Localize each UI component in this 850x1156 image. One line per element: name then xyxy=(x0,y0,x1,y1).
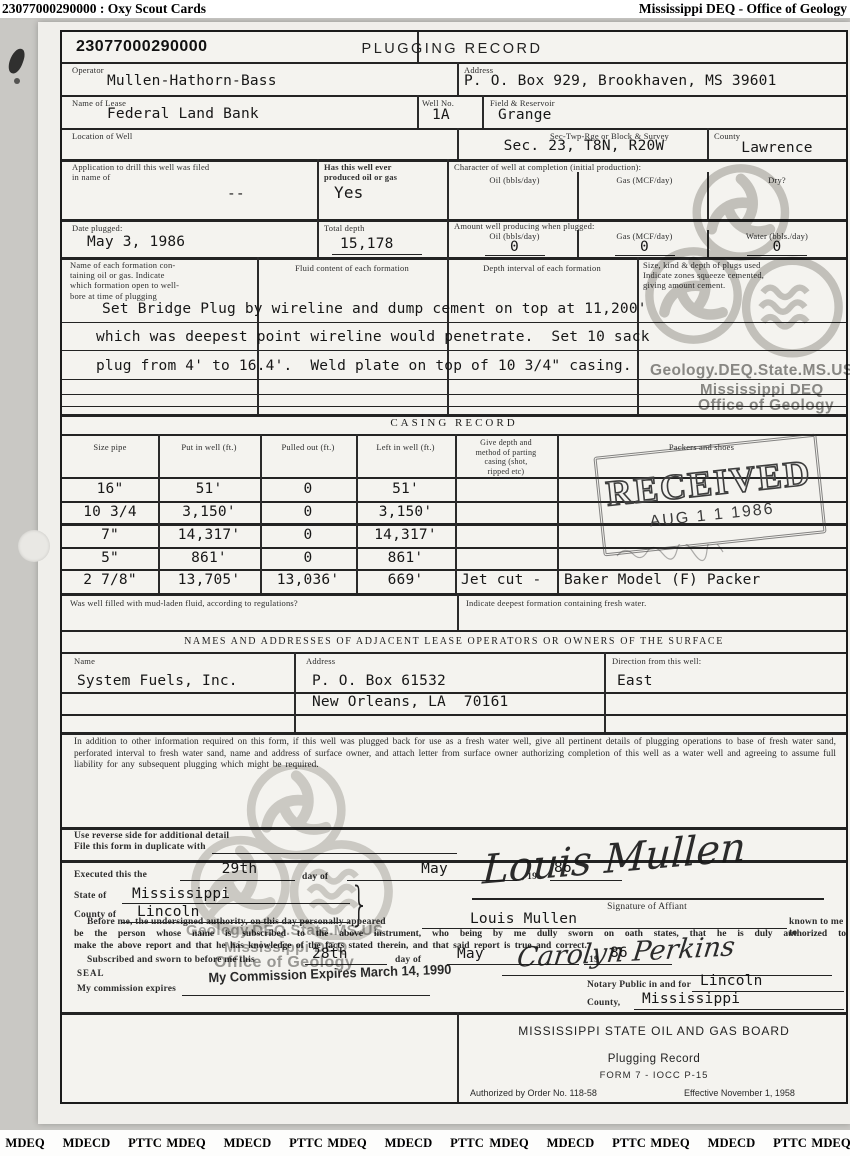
reverse-note-line2: File this form in duplicate with xyxy=(74,842,206,853)
executed-day: 29th xyxy=(187,862,292,878)
adjacent-name-value: System Fuels, Inc. xyxy=(77,674,238,690)
plugging-record-form: 23077000290000 PLUGGING RECORD Operator … xyxy=(60,30,848,1104)
character-label: Character of well at completion (initial… xyxy=(454,162,846,172)
plugging-note-line3: plug from 4' to 16.4'. Weld plate on top… xyxy=(96,359,632,375)
watermark-url: Geology.DEQ.State.MS.US xyxy=(650,362,850,380)
scanned-plugging-record-page: 23077000290000 : Oxy Scout Cards Mississ… xyxy=(0,0,850,1156)
character-dry-label: Dry? xyxy=(712,175,842,185)
board-title: MISSISSIPPI STATE OIL AND GAS BOARD xyxy=(462,1024,846,1038)
rule-line xyxy=(62,732,846,735)
casing-packers: Baker Model (F) Packer xyxy=(564,573,760,589)
county-label: County xyxy=(714,131,740,141)
divider-line xyxy=(577,230,579,257)
underline xyxy=(332,254,422,255)
subscribed-month: May xyxy=(457,947,484,963)
casing-size: 16" xyxy=(62,482,158,498)
divider-line xyxy=(317,159,319,219)
viewer-header-bar: 23077000290000 : Oxy Scout Cards Mississ… xyxy=(0,0,850,18)
rule-line xyxy=(62,95,846,97)
casing-pulled: 0 xyxy=(260,505,356,521)
producing-label: Amount well producing when plugged: xyxy=(454,221,595,231)
plugging-note-line2: which was deepest point wireline would p… xyxy=(96,330,650,346)
ink-dot xyxy=(14,78,20,84)
adjacent-direction-value: East xyxy=(617,674,653,690)
executed-prefix: Executed this the xyxy=(74,870,147,881)
divider-line xyxy=(317,219,319,257)
divider-line xyxy=(457,593,459,630)
operator-value: Mullen-Hathorn-Bass xyxy=(107,74,277,90)
signature-line xyxy=(502,975,832,976)
divider-line xyxy=(707,172,709,219)
total-depth-label: Total depth xyxy=(324,223,365,233)
divider-line xyxy=(707,128,709,159)
casing-size: 10 3/4 xyxy=(62,505,158,521)
casing-size: 2 7/8" xyxy=(62,573,158,589)
casing-header-parting: Give depth and method of parting casing … xyxy=(455,438,557,476)
formation-col1-header: Name of each formation con- taining oil … xyxy=(70,260,252,301)
rule-line xyxy=(62,322,846,323)
casing-putin: 13,705' xyxy=(158,573,260,589)
adjacent-address1-value: P. O. Box 61532 xyxy=(312,674,446,690)
casing-leftin: 669' xyxy=(356,573,455,589)
footer-org-group: MDEQ MDECD PTTC xyxy=(650,1135,806,1151)
notary-public-county: Lincoln xyxy=(700,974,763,990)
casing-size: 5" xyxy=(62,551,158,567)
freshwater-question-label: Indicate deepest formation containing fr… xyxy=(466,598,836,608)
formation-col3-header: Depth interval of each formation xyxy=(452,263,632,273)
divider-line xyxy=(294,652,296,732)
application-value: -- xyxy=(227,187,245,203)
divider-line xyxy=(447,159,449,219)
casing-header-putin: Put in well (ft.) xyxy=(158,442,260,452)
casing-putin: 14,317' xyxy=(158,528,260,544)
notary-appeared-name: Louis Mullen xyxy=(470,912,577,928)
casing-pulled: 0 xyxy=(260,528,356,544)
produced-value: Yes xyxy=(334,184,364,202)
form-title: PLUGGING RECORD xyxy=(342,41,562,57)
rule-line xyxy=(62,593,846,596)
notary-county-label: County, xyxy=(587,998,620,1009)
rule-line xyxy=(62,569,846,571)
footer-org-group: MDEQ MDECD PTTC xyxy=(489,1135,645,1151)
rule-line xyxy=(62,434,846,436)
divider-line xyxy=(707,230,709,257)
state-label: State of xyxy=(74,891,106,902)
sec-twp-rge-value: Sec. 23, T8N, R20W xyxy=(464,139,704,155)
date-plugged-value: May 3, 1986 xyxy=(87,235,185,251)
produced-label: Has this well ever produced oil or gas xyxy=(324,162,442,182)
rule-line xyxy=(62,630,846,632)
casing-leftin: 3,150' xyxy=(356,505,455,521)
freshwater-paragraph: In addition to other information require… xyxy=(74,737,836,772)
footer-org-group: MDEQ MDECD PTTC xyxy=(5,1135,161,1151)
signature-line xyxy=(472,898,824,900)
divider-line xyxy=(482,95,484,128)
underline xyxy=(634,1009,844,1010)
document-id-title: 23077000290000 : Oxy Scout Cards xyxy=(2,1,206,17)
adjacent-name-label: Name xyxy=(74,656,95,666)
divider-line xyxy=(417,95,419,128)
board-effective: Effective November 1, 1958 xyxy=(684,1088,795,1098)
board-authorized: Authorized by Order No. 118-58 xyxy=(470,1088,597,1098)
adjacent-title: NAMES AND ADDRESSES OF ADJACENT LEASE OP… xyxy=(62,636,846,647)
divider-line xyxy=(457,1012,459,1102)
casing-pulled: 13,036' xyxy=(260,573,356,589)
rule-line xyxy=(62,128,846,130)
watermark-office: Office of Geology xyxy=(214,954,354,972)
rule-line xyxy=(62,62,846,64)
seal-label: SEAL xyxy=(77,968,105,979)
watermark-agency: Mississippi DEQ xyxy=(700,381,824,398)
location-label: Location of Well xyxy=(72,131,132,141)
casing-putin: 861' xyxy=(158,551,260,567)
county-value: Lawrence xyxy=(712,141,842,157)
footer-org-group: MDEQ MDECD PTTC xyxy=(328,1135,484,1151)
viewer-footer-bar: MDEQ MDECD PTTC MDEQ MDECD PTTC MDEQ MDE… xyxy=(0,1130,850,1156)
watermark-url: Geology.DEQ.State.MS.US xyxy=(186,922,383,939)
divider-line xyxy=(557,434,559,593)
application-label: Application to drill this well was filed… xyxy=(72,162,307,182)
divider-line xyxy=(604,652,606,732)
commission-label: My commission expires xyxy=(77,984,176,995)
state-value: Mississippi xyxy=(132,887,230,903)
total-depth-value: 15,178 xyxy=(340,237,394,253)
divider-line xyxy=(457,128,459,159)
notary-public-label: Notary Public in and for xyxy=(587,980,691,991)
casing-leftin: 861' xyxy=(356,551,455,567)
field-value: Grange xyxy=(498,108,552,124)
plugging-note-line1: Set Bridge Plug by wireline and dump cem… xyxy=(102,302,647,318)
rule-line xyxy=(62,350,846,351)
received-stamp-text: RECEIVED xyxy=(604,454,813,511)
agency-title: Mississippi DEQ - Office of Geology xyxy=(639,1,847,17)
api-number: 23077000290000 xyxy=(76,38,208,56)
notary-public-state: Mississippi xyxy=(642,992,740,1008)
underline xyxy=(180,880,295,881)
formation-col4-header: Size, kind & depth of plugs used Indicat… xyxy=(643,260,843,291)
formation-col2-header: Fluid content of each formation xyxy=(262,263,442,273)
rule-line xyxy=(62,714,846,716)
board-form-number: FORM 7 - IOCC P-15 xyxy=(462,1070,846,1081)
address-value: P. O. Box 929, Brookhaven, MS 39601 xyxy=(464,74,777,90)
casing-putin: 3,150' xyxy=(158,505,260,521)
producing-water-value: 0 xyxy=(712,240,842,256)
adjacent-address2-value: New Orleans, LA 70161 xyxy=(312,695,508,711)
executed-day-of: day of xyxy=(302,872,328,883)
affiant-signature: Louis Mullen xyxy=(481,824,747,893)
casing-pulled: 0 xyxy=(260,551,356,567)
character-oil-label: Oil (bbls/day) xyxy=(452,175,577,185)
casing-pulled: 0 xyxy=(260,482,356,498)
mud-question-label: Was well filled with mud-laden fluid, ac… xyxy=(70,598,450,608)
rule-line xyxy=(62,547,846,549)
rule-line xyxy=(62,652,846,654)
producing-oil-value: 0 xyxy=(452,240,577,256)
casing-header-leftin: Left in well (ft.) xyxy=(356,442,455,452)
board-subtitle: Plugging Record xyxy=(462,1053,846,1065)
date-plugged-label: Date plugged: xyxy=(72,223,123,233)
divider-line xyxy=(457,62,459,95)
lease-value: Federal Land Bank xyxy=(107,107,259,123)
well-no-value: 1A xyxy=(432,108,450,124)
footer-org-group: MDEQ MDECD PTTC xyxy=(167,1135,323,1151)
casing-size: 7" xyxy=(62,528,158,544)
casing-header-size: Size pipe xyxy=(62,442,158,452)
adjacent-direction-label: Direction from this well: xyxy=(612,656,701,666)
casing-header-pulled: Pulled out (ft.) xyxy=(260,442,356,452)
rule-line xyxy=(62,1012,846,1015)
underline xyxy=(747,255,807,256)
hole-punch xyxy=(18,530,50,562)
casing-leftin: 51' xyxy=(356,482,455,498)
watermark-office: Office of Geology xyxy=(698,397,834,415)
underline xyxy=(485,255,545,256)
adjacent-address-label: Address xyxy=(306,656,335,666)
divider-line xyxy=(577,172,579,219)
underline xyxy=(615,255,675,256)
casing-record-title: CASING RECORD xyxy=(62,417,846,429)
underline xyxy=(212,853,457,854)
operator-label: Operator xyxy=(72,65,104,75)
character-gas-label: Gas (MCF/day) xyxy=(582,175,707,185)
casing-putin: 51' xyxy=(158,482,260,498)
underline xyxy=(182,995,430,996)
footer-org-group: MDEQ MDECD PTTC xyxy=(812,1135,850,1151)
divider-line xyxy=(447,219,449,257)
reverse-note-line1: Use reverse side for additional detail xyxy=(74,831,229,842)
casing-leftin: 14,317' xyxy=(356,528,455,544)
casing-parting: Jet cut - xyxy=(461,573,541,589)
producing-gas-value: 0 xyxy=(582,240,707,256)
